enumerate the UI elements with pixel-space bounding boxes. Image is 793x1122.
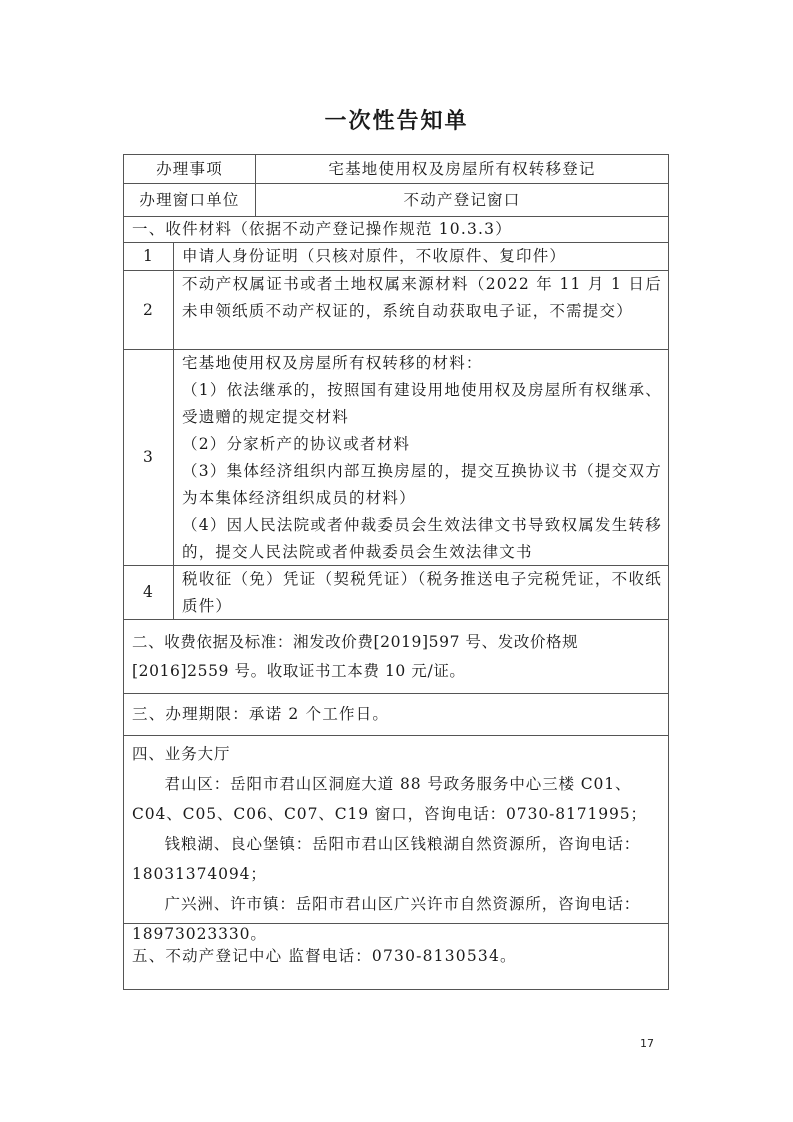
material-text: 税收征（免）凭证（契税凭证）（税务推送电子完税凭证，不收纸质件） [174, 566, 668, 619]
document-title: 一次性告知单 [0, 104, 793, 135]
window-unit-label: 办理窗口单位 [124, 184, 256, 216]
material-line: （3）集体经济组织内部互换房屋的，提交互换协议书（提交双方为本集体经济组织成员的… [182, 458, 662, 512]
material-text: 不动产权属证书或者土地权属来源材料（2022 年 11 月 1 日后未申领纸质不… [174, 271, 668, 349]
material-text: 申请人身份证明（只核对原件，不收原件、复印件） [174, 243, 668, 270]
material-number: 1 [124, 243, 174, 270]
section2-fee-text: 二、收费依据及标准：湘发改价费[2019]597 号、发改价格规[2016]25… [124, 628, 668, 686]
hall-junshan: 君山区：岳阳市君山区洞庭大道 88 号政务服务中心三楼 C01、C04、C05、… [132, 769, 662, 829]
material-row-2: 2 不动产权属证书或者土地权属来源材料（2022 年 11 月 1 日后未申领纸… [124, 271, 668, 350]
hall-qianlianghu: 钱粮湖、良心堡镇：岳阳市君山区钱粮湖自然资源所，咨询电话：18031374094… [132, 829, 662, 889]
material-line: （4）因人民法院或者仲裁委员会生效法律文书导致权属发生转移的，提交人民法院或者仲… [182, 512, 662, 566]
row-matter: 办理事项 宅基地使用权及房屋所有权转移登记 [124, 155, 668, 184]
matter-label: 办理事项 [124, 155, 256, 183]
material-line: （1）依法继承的，按照国有建设用地使用权及房屋所有权继承、受遗赠的规定提交材料 [182, 377, 662, 431]
section1-heading-row: 一、收件材料（依据不动产登记操作规范 10.3.3） [124, 217, 668, 243]
material-number: 3 [124, 350, 174, 565]
section1-heading: 一、收件材料（依据不动产登记操作规范 10.3.3） [124, 217, 668, 242]
section4-row: 四、业务大厅 君山区：岳阳市君山区洞庭大道 88 号政务服务中心三楼 C01、C… [124, 736, 668, 924]
section4-halls: 四、业务大厅 君山区：岳阳市君山区洞庭大道 88 号政务服务中心三楼 C01、C… [124, 736, 668, 923]
material-line: 宅基地使用权及房屋所有权转移的材料： [182, 350, 662, 377]
section5-supervision-text: 五、不动产登记中心 监督电话：0730-8130534。 [124, 943, 668, 970]
section4-heading: 四、业务大厅 [132, 739, 662, 769]
section3-deadline-text: 三、办理期限：承诺 2 个工作日。 [124, 701, 668, 728]
material-number: 4 [124, 566, 174, 619]
row-window-unit: 办理窗口单位 不动产登记窗口 [124, 184, 668, 217]
hall-guangxingzhou: 广兴洲、许市镇：岳阳市君山区广兴许市自然资源所，咨询电话：18973023330… [132, 889, 662, 949]
material-row-3: 3 宅基地使用权及房屋所有权转移的材料： （1）依法继承的，按照国有建设用地使用… [124, 350, 668, 566]
material-row-1: 1 申请人身份证明（只核对原件，不收原件、复印件） [124, 243, 668, 271]
matter-value: 宅基地使用权及房屋所有权转移登记 [256, 155, 668, 183]
material-text-group: 宅基地使用权及房屋所有权转移的材料： （1）依法继承的，按照国有建设用地使用权及… [174, 350, 668, 565]
material-number: 2 [124, 271, 174, 349]
section2-row: 二、收费依据及标准：湘发改价费[2019]597 号、发改价格规[2016]25… [124, 620, 668, 694]
page-number: 17 [640, 1037, 654, 1050]
material-row-4: 4 税收征（免）凭证（契税凭证）（税务推送电子完税凭证，不收纸质件） [124, 566, 668, 620]
window-unit-value: 不动产登记窗口 [256, 184, 668, 216]
section3-row: 三、办理期限：承诺 2 个工作日。 [124, 694, 668, 736]
notice-table: 办理事项 宅基地使用权及房屋所有权转移登记 办理窗口单位 不动产登记窗口 一、收… [123, 154, 669, 990]
material-line: （2）分家析产的协议或者材料 [182, 431, 662, 458]
